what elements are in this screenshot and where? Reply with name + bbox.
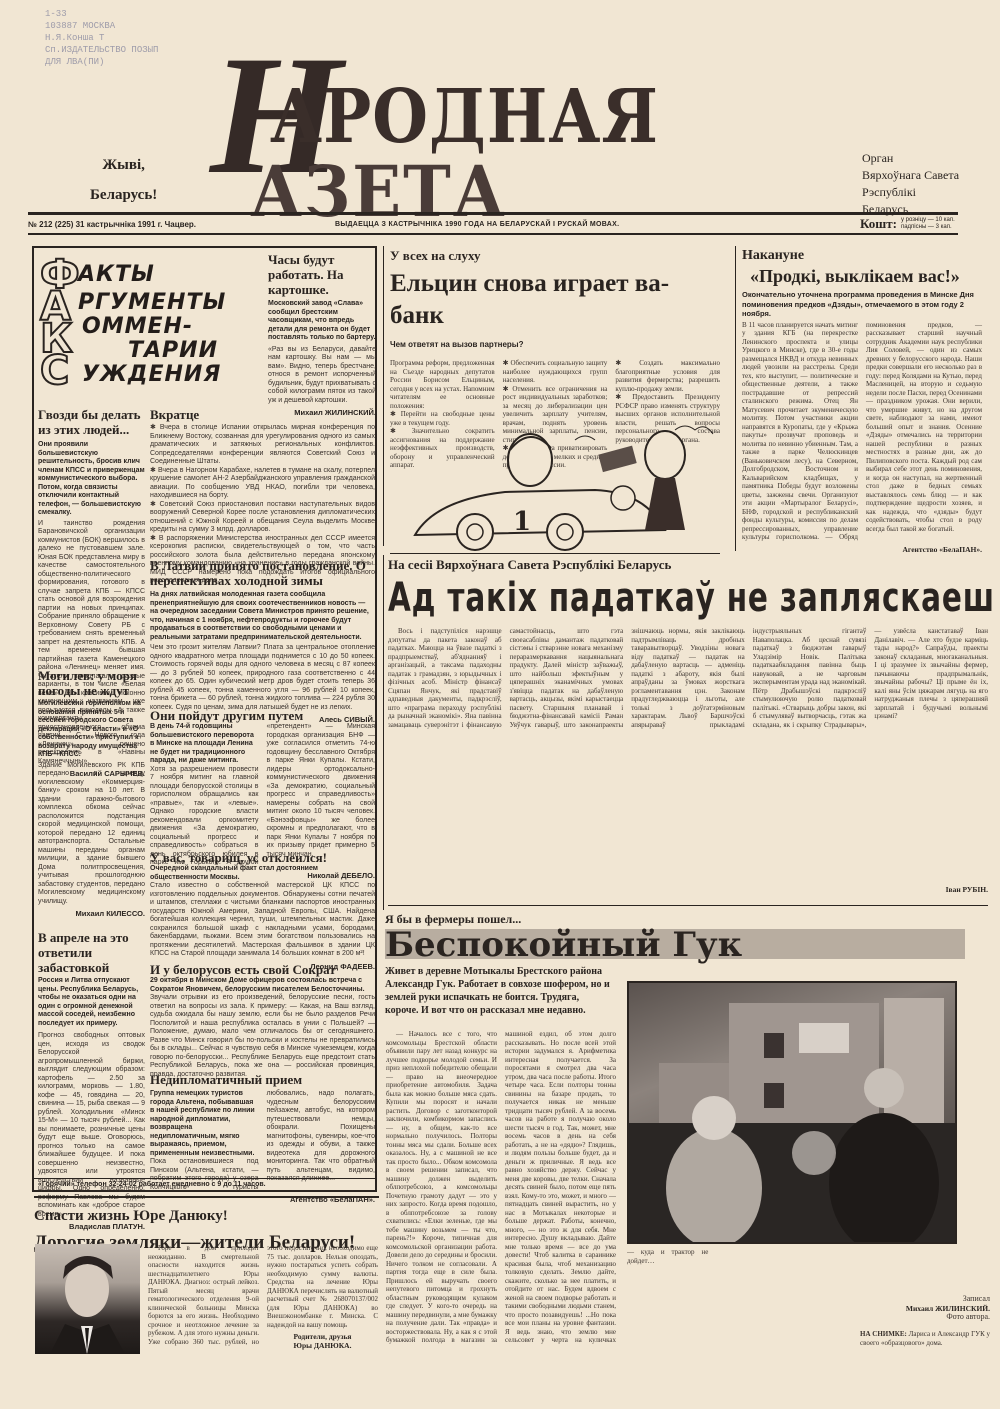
padatki-bottom-rule: [388, 905, 988, 906]
price-box: Кошт: у розніцу — 10 кап.падпісны — 3 ка…: [860, 216, 955, 232]
column-divider: [383, 246, 384, 546]
appeal-top-rule: [34, 1196, 379, 1198]
article-sokrat: И у белорусов есть свой Сократ 29 октябр…: [150, 962, 375, 1079]
hot-phone-line: «Горячий» телефон 32-24-02 работает ежед…: [38, 1181, 266, 1188]
article-latvia: В Латвии принято постановление. О перспе…: [150, 558, 375, 724]
danyuk-portrait: [35, 1244, 140, 1354]
guk-caption: НА СНИМКЕ: Лариса и Александр ГУК у свое…: [860, 1330, 990, 1347]
guk-credits: Записал Михаил ЖИЛИНСКИЙ. Фото автора.: [860, 1295, 990, 1321]
masthead-organ: Орган Вярхоўнага Савета Рэспублікі Белар…: [862, 150, 959, 218]
guk-body-col2: — куда и трактор не дойдет…: [627, 1248, 887, 1308]
article-chasy: Часы будут работать. На картошке. Москов…: [268, 252, 376, 417]
guk-body-col1: — Началось все с того, что комсомольцы Б…: [386, 1030, 616, 1350]
yeltsin-cartoon: 1: [395, 420, 720, 552]
portrait-photo-icon: [35, 1244, 140, 1354]
masthead-slogan: Жыві, Беларусь!: [90, 150, 157, 210]
masthead-word-1: АРОДНАЯ: [270, 74, 659, 160]
column-divider: [735, 246, 736, 551]
publication-since: ВЫДАЕЦЦА З КАСТРЫЧНІКА 1990 ГОДА НА БЕЛА…: [335, 221, 619, 228]
race-car-cartoon-icon: 1: [395, 420, 720, 552]
house-photo-icon: [629, 983, 955, 1242]
article-tovarishch: У вас, товарищ, ус отклеился! Очередной …: [150, 850, 375, 971]
hot-phone-rule: [34, 1178, 375, 1179]
issue-line: № 212 (225) 31 кастрычніка 1991 г. Чацве…: [28, 220, 196, 229]
yeltsin-bottom-rule: [390, 553, 720, 554]
article-mogilev: Могилев: у моря погоды не ждут Могилевск…: [38, 668, 145, 918]
guk-photo: [627, 981, 957, 1244]
masthead-rule-top: [28, 212, 958, 215]
svg-text:1: 1: [513, 507, 531, 537]
article-dzyady: Накануне «Продкі, выклікаем вас!» Оконча…: [742, 248, 982, 554]
masthead-logo: Н АРОДНАЯ АЗЕТА: [140, 40, 700, 220]
article-padatki: На сесіі Вярхоўнага Савета Рэспублікі Бе…: [388, 557, 988, 894]
faks-logo: Ф А К С АКТЫ РГУМЕНТЫ ОММЕН- ТАРИИ УЖДЕН…: [40, 252, 265, 387]
column-divider: [383, 555, 384, 910]
masthead-rule-bottom: [28, 233, 958, 235]
guk-title-bar: Беспокойный Гук: [385, 929, 965, 959]
danyuk-body: Горе в дом приходит неожиданно. В смерте…: [148, 1244, 378, 1354]
